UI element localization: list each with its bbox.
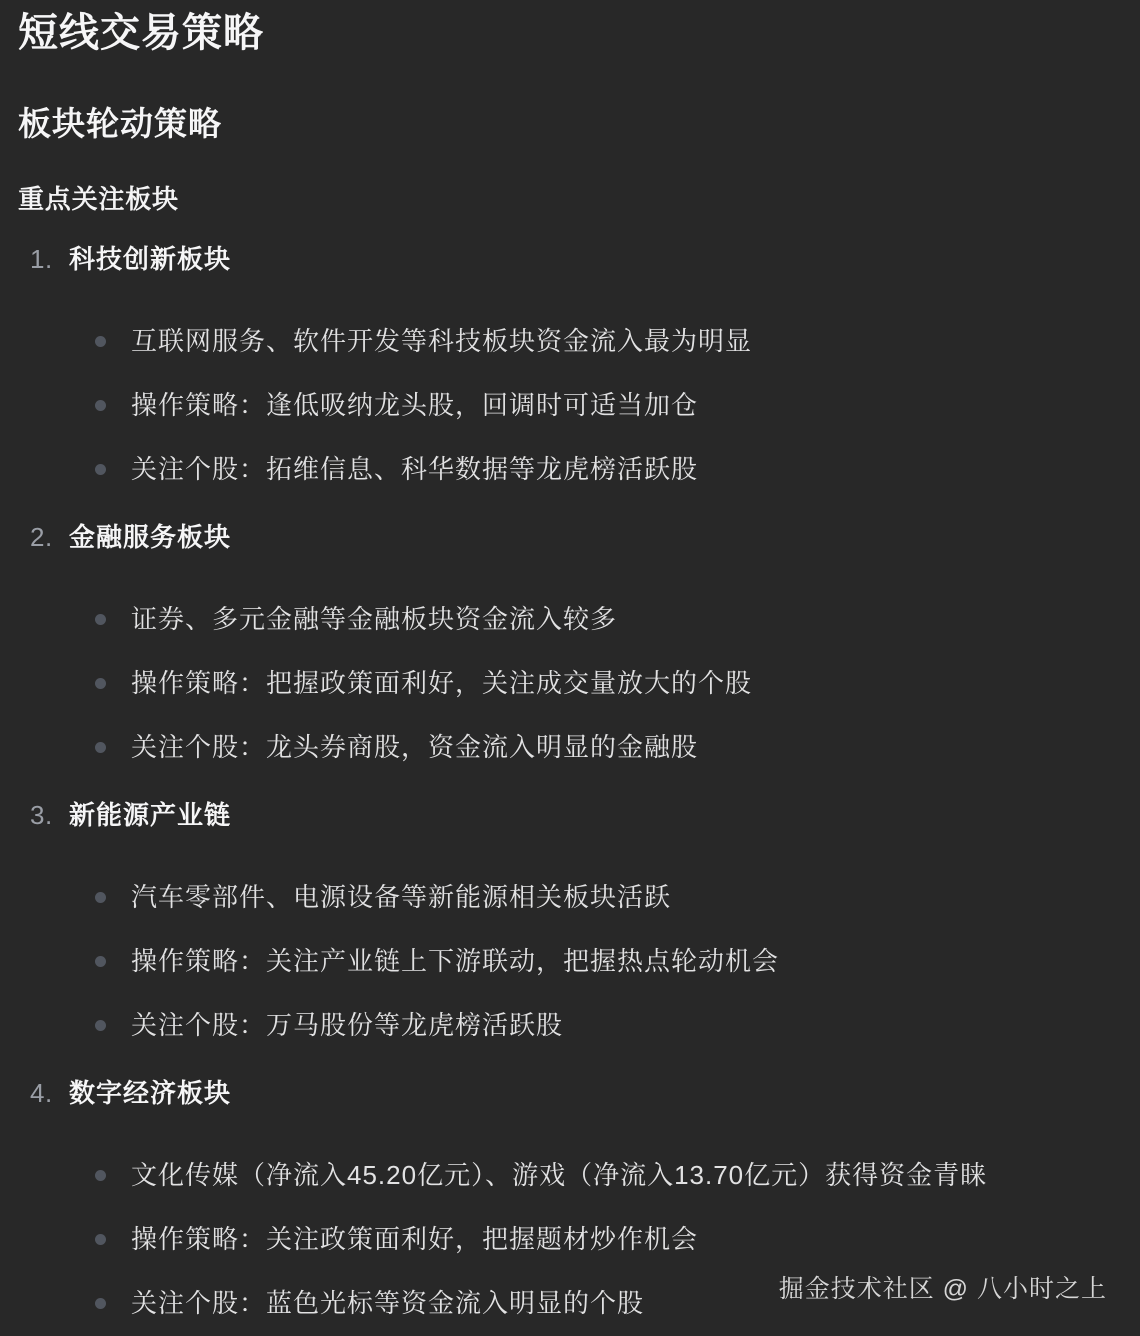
bullet-text: 操作策略：把握政策面利好，关注成交量放大的个股 <box>131 666 752 700</box>
bullet-text: 操作策略：关注政策面利好，把握题材炒作机会 <box>131 1222 698 1256</box>
bullet-dot-icon <box>95 742 106 753</box>
ordered-list: 1. 科技创新板块 互联网服务、软件开发等科技板块资金流入最为明显 操作策略：逢… <box>18 242 1120 1320</box>
subsection-heading: 重点关注板块 <box>18 183 1120 216</box>
item-title: 数字经济板块 <box>69 1076 231 1110</box>
bullet-dot-icon <box>95 1170 106 1181</box>
bullet-dot-icon <box>95 336 106 347</box>
bullet-item: 操作策略：关注产业链上下游联动，把握热点轮动机会 <box>18 944 1120 978</box>
bullet-dot-icon <box>95 1020 106 1031</box>
bullet-dot-icon <box>95 464 106 475</box>
item-number: 1. <box>30 242 69 276</box>
bullet-dot-icon <box>95 400 106 411</box>
document: 短线交易策略 板块轮动策略 重点关注板块 1. 科技创新板块 互联网服务、软件开… <box>0 0 1140 1320</box>
bullet-dot-icon <box>95 614 106 625</box>
bullet-item: 文化传媒（净流入45.20亿元）、游戏（净流入13.70亿元）获得资金青睐 <box>18 1158 1120 1192</box>
bullet-text: 文化传媒（净流入45.20亿元）、游戏（净流入13.70亿元）获得资金青睐 <box>131 1158 987 1192</box>
bullet-dot-icon <box>95 678 106 689</box>
list-item-tech: 1. 科技创新板块 互联网服务、软件开发等科技板块资金流入最为明显 操作策略：逢… <box>18 242 1120 486</box>
bullet-text: 关注个股：龙头券商股，资金流入明显的金融股 <box>131 730 698 764</box>
item-number: 2. <box>30 520 69 554</box>
bullet-list: 证券、多元金融等金融板块资金流入较多 操作策略：把握政策面利好，关注成交量放大的… <box>18 602 1120 764</box>
bullet-item: 关注个股：拓维信息、科华数据等龙虎榜活跃股 <box>18 452 1120 486</box>
item-title: 新能源产业链 <box>69 798 231 832</box>
bullet-text: 关注个股：万马股份等龙虎榜活跃股 <box>131 1008 563 1042</box>
bullet-item: 关注个股：龙头券商股，资金流入明显的金融股 <box>18 730 1120 764</box>
list-item-header: 1. 科技创新板块 <box>18 242 1120 276</box>
bullet-text: 证券、多元金融等金融板块资金流入较多 <box>131 602 617 636</box>
bullet-text: 操作策略：关注产业链上下游联动，把握热点轮动机会 <box>131 944 779 978</box>
item-title: 金融服务板块 <box>69 520 231 554</box>
bullet-item: 互联网服务、软件开发等科技板块资金流入最为明显 <box>18 324 1120 358</box>
item-number: 4. <box>30 1076 69 1110</box>
item-number: 3. <box>30 798 69 832</box>
section-heading: 板块轮动策略 <box>18 104 1120 144</box>
list-item-header: 3. 新能源产业链 <box>18 798 1120 832</box>
bullet-text: 关注个股：蓝色光标等资金流入明显的个股 <box>131 1286 644 1320</box>
bullet-text: 互联网服务、软件开发等科技板块资金流入最为明显 <box>131 324 752 358</box>
list-item-header: 2. 金融服务板块 <box>18 520 1120 554</box>
bullet-item: 关注个股：万马股份等龙虎榜活跃股 <box>18 1008 1120 1042</box>
bullet-text: 汽车零部件、电源设备等新能源相关板块活跃 <box>131 880 671 914</box>
bullet-list: 汽车零部件、电源设备等新能源相关板块活跃 操作策略：关注产业链上下游联动，把握热… <box>18 880 1120 1042</box>
bullet-dot-icon <box>95 892 106 903</box>
list-item-header: 4. 数字经济板块 <box>18 1076 1120 1110</box>
list-item-newenergy: 3. 新能源产业链 汽车零部件、电源设备等新能源相关板块活跃 操作策略：关注产业… <box>18 798 1120 1042</box>
bullet-text: 关注个股：拓维信息、科华数据等龙虎榜活跃股 <box>131 452 698 486</box>
bullet-dot-icon <box>95 956 106 967</box>
list-item-finance: 2. 金融服务板块 证券、多元金融等金融板块资金流入较多 操作策略：把握政策面利… <box>18 520 1120 764</box>
bullet-item: 证券、多元金融等金融板块资金流入较多 <box>18 602 1120 636</box>
page-title: 短线交易策略 <box>18 9 1120 57</box>
bullet-item: 操作策略：关注政策面利好，把握题材炒作机会 <box>18 1222 1120 1256</box>
item-title: 科技创新板块 <box>69 242 231 276</box>
bullet-dot-icon <box>95 1234 106 1245</box>
watermark: 掘金技术社区 @ 八小时之上 <box>779 1272 1107 1306</box>
bullet-item: 操作策略：逢低吸纳龙头股，回调时可适当加仓 <box>18 388 1120 422</box>
bullet-item: 操作策略：把握政策面利好，关注成交量放大的个股 <box>18 666 1120 700</box>
bullet-text: 操作策略：逢低吸纳龙头股，回调时可适当加仓 <box>131 388 698 422</box>
bullet-list: 互联网服务、软件开发等科技板块资金流入最为明显 操作策略：逢低吸纳龙头股，回调时… <box>18 324 1120 486</box>
bullet-dot-icon <box>95 1298 106 1309</box>
bullet-item: 汽车零部件、电源设备等新能源相关板块活跃 <box>18 880 1120 914</box>
